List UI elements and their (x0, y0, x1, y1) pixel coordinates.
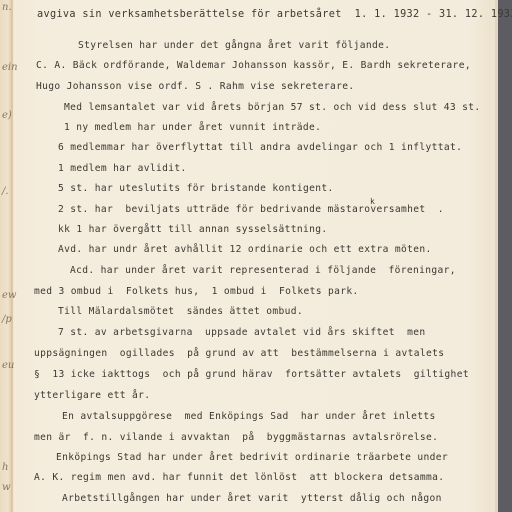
text-line: § 13 icke iakttogs och på grund härav fo… (34, 369, 469, 380)
margin-note: h (2, 462, 8, 473)
text-line: 5 st. har uteslutits för bristande konti… (58, 183, 334, 194)
margin-note: eu (2, 360, 14, 371)
text-line: avgiva sin verksamhetsberättelse för arb… (37, 9, 512, 20)
margin-note: ew (2, 290, 16, 301)
text-line: 2 st. har beviljats utträde för bedrivan… (58, 204, 444, 215)
document-page: n. ein e) /. ew /p eu h w avgiva sin ver… (0, 0, 512, 512)
text-line: 6 medlemmar har överflyttat till andra a… (58, 142, 462, 153)
margin-note: /p (2, 314, 12, 325)
text-line: med 3 ombud i Folkets hus, 1 ombud i Fol… (34, 286, 359, 297)
text-line: Styrelsen har under det gångna året vari… (78, 40, 390, 51)
text-line: En avtalsuppgörese med Enköpings Sad har… (62, 411, 436, 422)
text-line: Avd. har undr året avhållit 12 ordinarie… (58, 244, 432, 255)
margin-note: ein (2, 62, 18, 73)
binding-gutter (11, 0, 13, 512)
margin-note: e) (2, 110, 12, 121)
margin-note: /. (2, 186, 9, 197)
scanner-background (498, 0, 512, 512)
text-line: uppsägningen ogillades på grund av att b… (34, 348, 444, 359)
text-line: 1 medlem har avlidit. (58, 163, 187, 174)
text-line: ytterligare ett år. (34, 390, 150, 401)
text-line: Med lemsantalet var vid årets början 57 … (64, 102, 481, 113)
margin-note: w (2, 482, 11, 493)
text-line: 1 ny medlem har under året vunnit inträd… (64, 122, 321, 133)
text-line: men är f. n. vilande i avvaktan på byggm… (34, 432, 438, 443)
text-line: Enköpings Stad har under året bedrivit o… (56, 452, 448, 463)
text-line: Acd. har under året varit representerad … (70, 265, 456, 276)
text-line: A. K. regim men avd. har funnit det lönl… (34, 472, 444, 483)
text-line: C. A. Bäck ordförande, Waldemar Johansso… (36, 60, 471, 71)
margin-note: n. (2, 2, 12, 13)
text-line: 7 st. av arbetsgivarna uppsade avtalet v… (58, 327, 426, 338)
text-line: Hugo Johansson vise ordf. S . Rahm vise … (36, 81, 355, 92)
text-line: Till Mälardalsmötet sändes ättet ombud. (58, 306, 303, 317)
text-line: kk 1 har övergått till annan sysselsättn… (58, 224, 328, 235)
text-line: Arbetstillgången har under året varit yt… (62, 493, 442, 504)
